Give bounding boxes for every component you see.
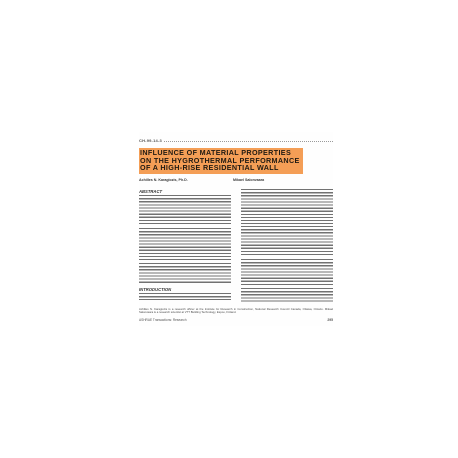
page-footer: ASHRAE Transactions: Research 295: [139, 318, 333, 322]
introduction-paragraph-block: [139, 293, 231, 300]
body-paragraph-block: [241, 189, 333, 224]
header-leader-rule: [164, 141, 333, 142]
paper-header: CH-99-14-3: [139, 136, 333, 143]
paper-page: CH-99-14-3 INFLUENCE OF MATERIAL PROPERT…: [139, 132, 333, 326]
author-1: Achilles N. Karagiozis, Ph.D.: [139, 178, 233, 182]
left-column: ABSTRACT INTRODUCTION: [139, 189, 231, 303]
paper-code: CH-99-14-3: [139, 139, 162, 143]
author-row: Achilles N. Karagiozis, Ph.D. Mikael Sal…: [139, 178, 333, 182]
body-paragraph-block: [241, 226, 333, 256]
body-columns: ABSTRACT INTRODUCTION: [139, 189, 333, 303]
page-number: 295: [327, 318, 333, 322]
introduction-heading: INTRODUCTION: [139, 287, 231, 292]
document-canvas: CH-99-14-3 INFLUENCE OF MATERIAL PROPERT…: [0, 0, 458, 458]
author-2: Mikael Salonvaara: [233, 178, 333, 182]
paper-title: INFLUENCE OF MATERIAL PROPERTIES ON THE …: [139, 148, 303, 174]
abstract-paragraph-block: [139, 195, 231, 225]
abstract-heading: ABSTRACT: [139, 189, 231, 194]
journal-name: ASHRAE Transactions: Research: [139, 318, 186, 322]
abstract-paragraph-block: [139, 228, 231, 261]
body-paragraph-block: [241, 288, 333, 302]
right-column: [241, 189, 333, 303]
abstract-paragraph-block: [139, 263, 231, 284]
body-paragraph-block: [241, 259, 333, 286]
title-line-3: OF A HIGH-RISE RESIDENTIAL WALL: [140, 164, 300, 172]
author-affiliation-footnote: Achilles N. Karagiozis is a research off…: [139, 308, 333, 314]
